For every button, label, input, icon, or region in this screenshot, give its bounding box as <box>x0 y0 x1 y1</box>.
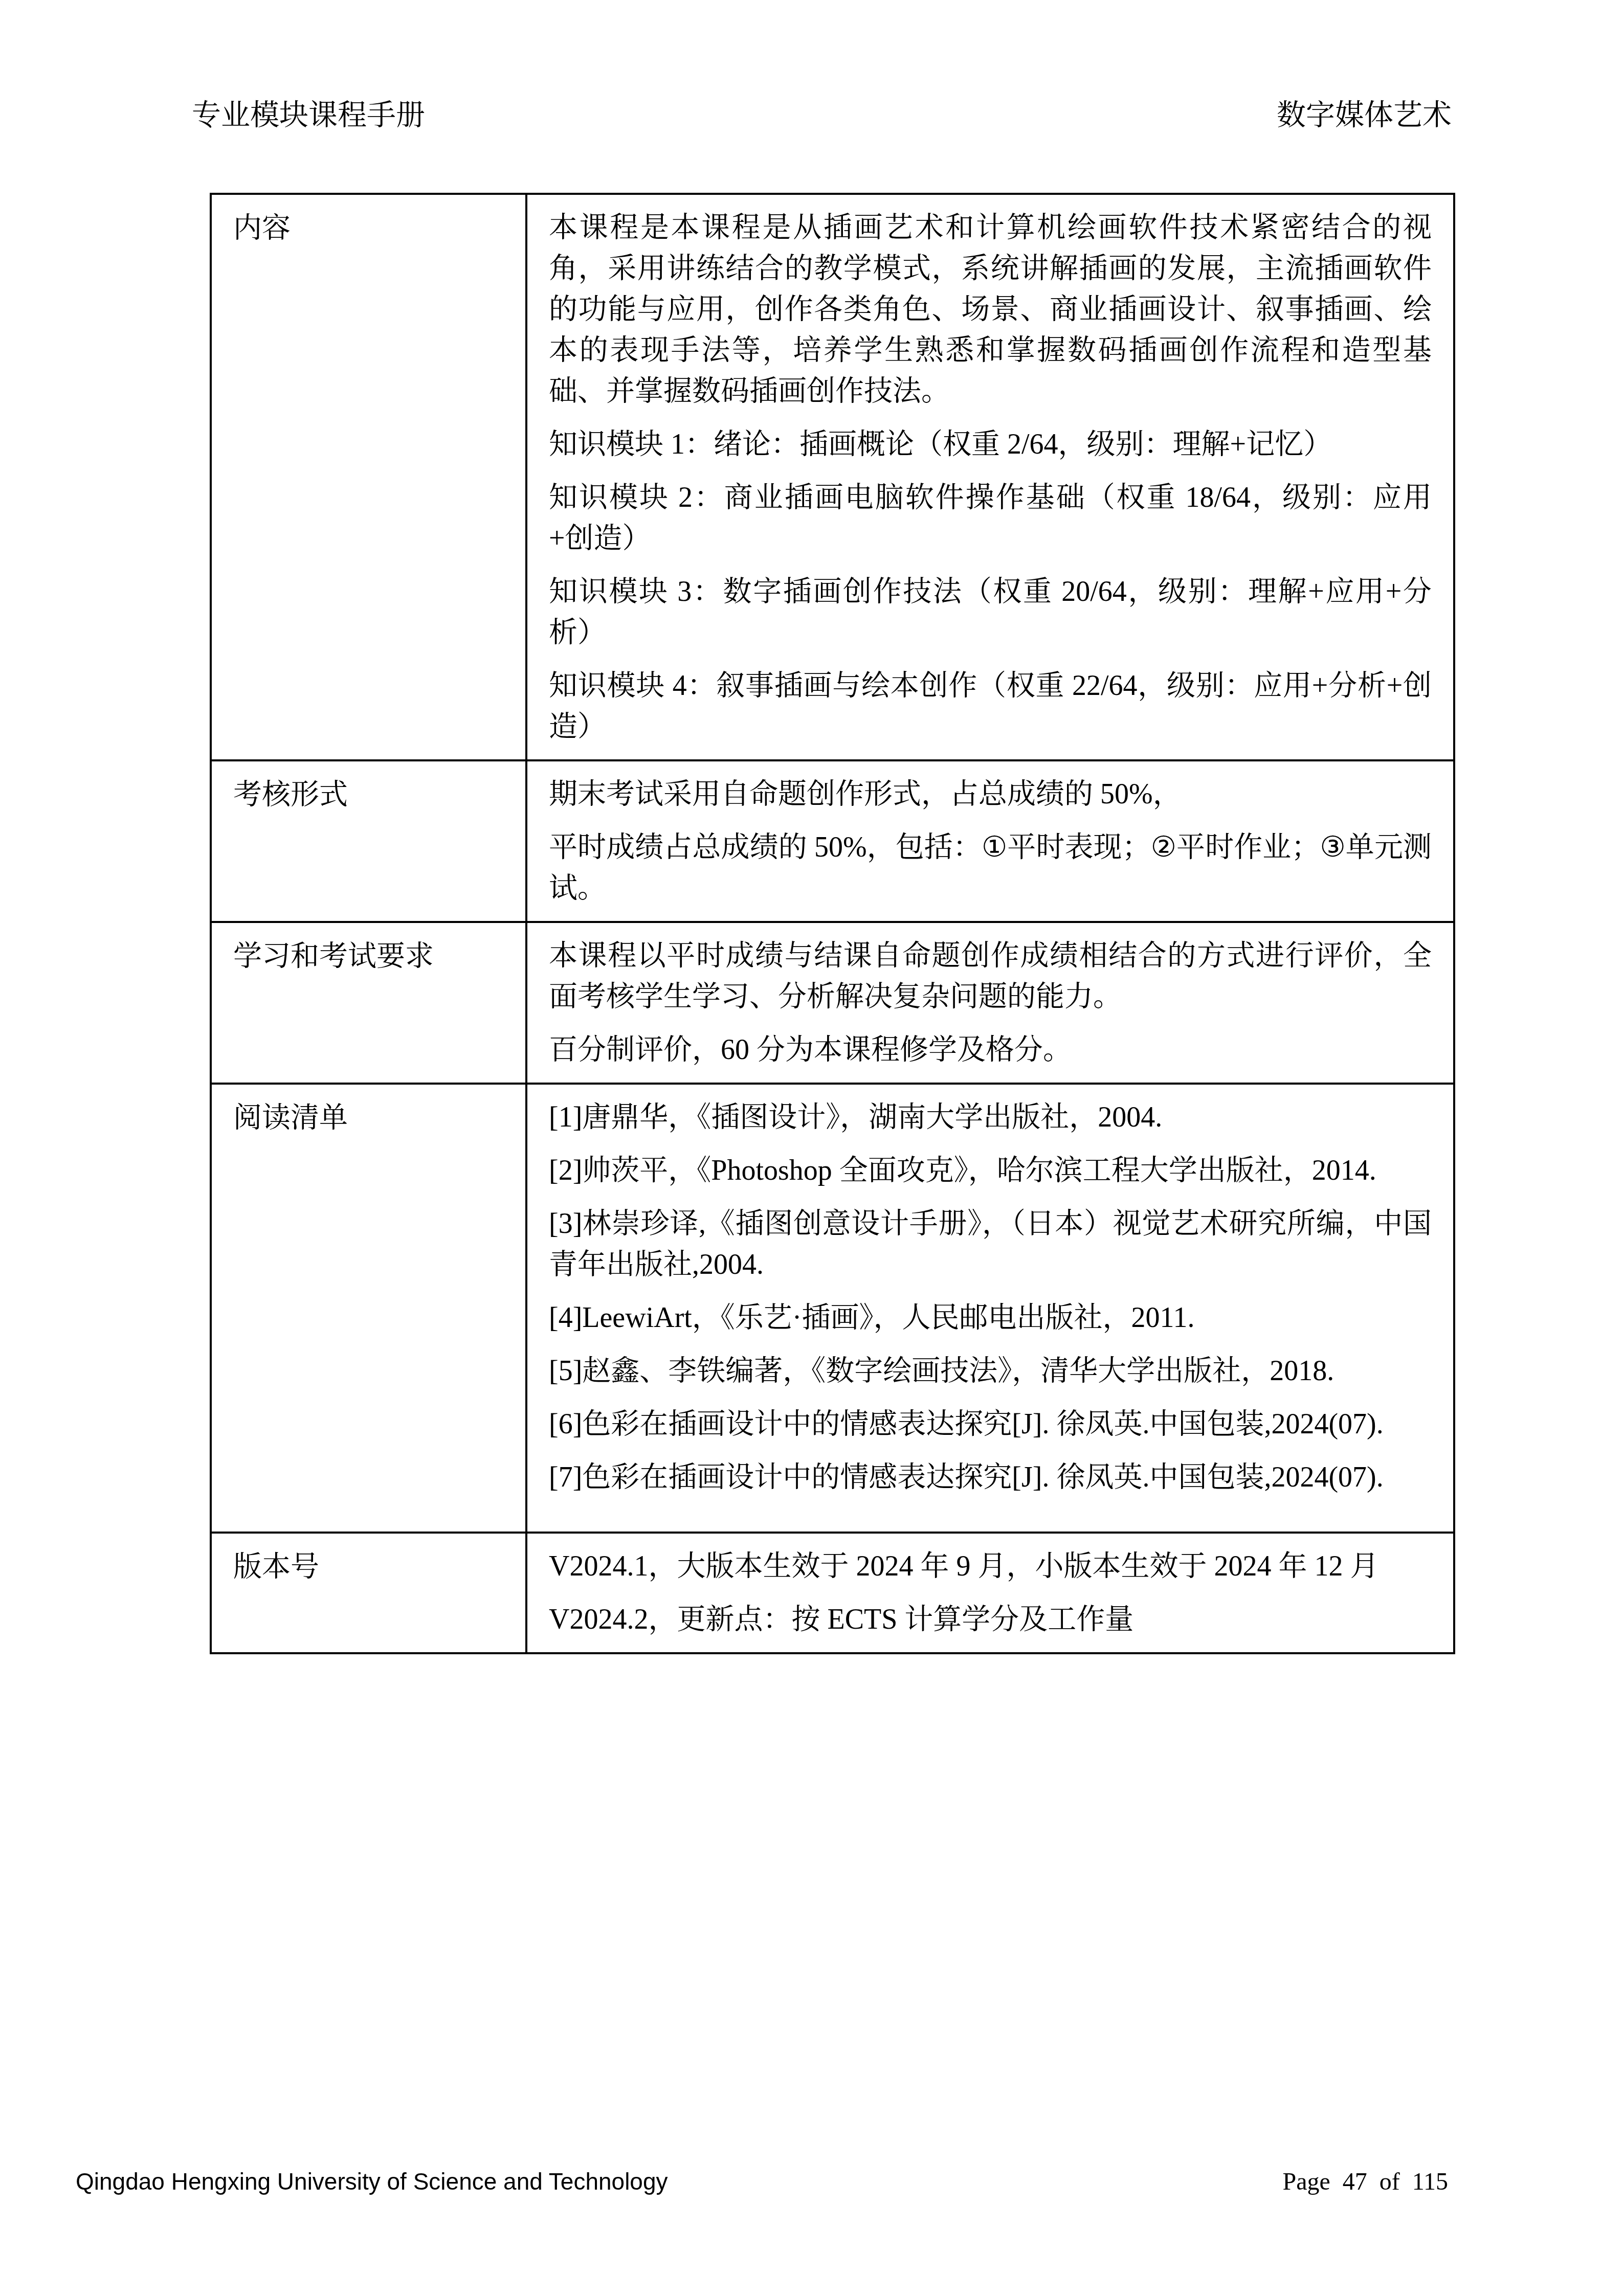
table-row: 学习和考试要求本课程以平时成绩与结课自命题创作成绩相结合的方式进行评价，全面考核… <box>211 922 1454 1084</box>
paragraph: [6]色彩在插画设计中的情感表达探究[J]. 徐凤英.中国包装,2024(07)… <box>549 1404 1432 1445</box>
header-document-title: 专业模块课程手册 <box>192 97 425 133</box>
paragraph: 知识模块 2：商业插画电脑软件操作基础（权重 18/64，级别：应用+创造） <box>549 477 1432 559</box>
paragraph: 平时成绩占总成绩的 50%，包括：①平时表现；②平时作业；③单元测试。 <box>549 827 1432 909</box>
paragraph: 知识模块 4：叙事插画与绘本创作（权重 22/64，级别：应用+分析+创造） <box>549 665 1432 747</box>
footer-page-number: Page 47 of 115 <box>1282 2167 1448 2197</box>
footer-university-name: Qingdao Hengxing University of Science a… <box>76 2168 668 2196</box>
row-content: V2024.1，大版本生效于 2024 年 9 月，小版本生效于 2024 年 … <box>526 1533 1454 1653</box>
paragraph: 知识模块 3：数字插画创作技法（权重 20/64，级别：理解+应用+分析） <box>549 571 1432 653</box>
row-content: 期末考试采用自命题创作形式，占总成绩的 50%，平时成绩占总成绩的 50%，包括… <box>526 760 1454 922</box>
row-label: 内容 <box>211 194 526 760</box>
row-label: 考核形式 <box>211 760 526 922</box>
table-row: 版本号V2024.1，大版本生效于 2024 年 9 月，小版本生效于 2024… <box>211 1533 1454 1653</box>
paragraph: [4]LeewiArt，《乐艺·插画》，人民邮电出版社，2011. <box>549 1297 1432 1338</box>
paragraph: [3]林崇珍译,《插图创意设计手册》，（日本）视觉艺术研究所编，中国青年出版社,… <box>549 1203 1432 1285</box>
table-row: 阅读清单[1]唐鼎华，《插图设计》，湖南大学出版社，2004.[2]帅茨平，《P… <box>211 1084 1454 1533</box>
paragraph: 期末考试采用自命题创作形式，占总成绩的 50%， <box>549 774 1432 815</box>
paragraph: V2024.2，更新点：按 ECTS 计算学分及工作量 <box>549 1599 1432 1640</box>
course-info-table-body: 内容本课程是本课程是从插画艺术和计算机绘画软件技术紧密结合的视角，采用讲练结合的… <box>211 194 1454 1653</box>
row-content: 本课程以平时成绩与结课自命题创作成绩相结合的方式进行评价，全面考核学生学习、分析… <box>526 922 1454 1084</box>
table-row: 考核形式期末考试采用自命题创作形式，占总成绩的 50%，平时成绩占总成绩的 50… <box>211 760 1454 922</box>
paragraph: V2024.1，大版本生效于 2024 年 9 月，小版本生效于 2024 年 … <box>549 1546 1432 1587</box>
row-label: 学习和考试要求 <box>211 922 526 1084</box>
row-label: 版本号 <box>211 1533 526 1653</box>
page-header: 专业模块课程手册 数字媒体艺术 <box>192 97 1452 133</box>
course-info-table: 内容本课程是本课程是从插画艺术和计算机绘画软件技术紧密结合的视角，采用讲练结合的… <box>210 193 1455 1654</box>
paragraph: [5]赵鑫、李铁编著，《数字绘画技法》，清华大学出版社，2018. <box>549 1350 1432 1391</box>
row-content: 本课程是本课程是从插画艺术和计算机绘画软件技术紧密结合的视角，采用讲练结合的教学… <box>526 194 1454 760</box>
paragraph: 本课程是本课程是从插画艺术和计算机绘画软件技术紧密结合的视角，采用讲练结合的教学… <box>549 207 1432 412</box>
paragraph: [7]色彩在插画设计中的情感表达探究[J]. 徐凤英.中国包装,2024(07)… <box>549 1457 1432 1498</box>
paragraph: [2]帅茨平，《Photoshop 全面攻克》，哈尔滨工程大学出版社，2014. <box>549 1150 1432 1191</box>
document-page: { "header": { "left": "专业模块课程手册", "right… <box>0 0 1624 2296</box>
paragraph: 知识模块 1：绪论：插画概论（权重 2/64，级别：理解+记忆） <box>549 424 1432 465</box>
header-program-name: 数字媒体艺术 <box>1277 97 1452 133</box>
row-label: 阅读清单 <box>211 1084 526 1533</box>
table-row: 内容本课程是本课程是从插画艺术和计算机绘画软件技术紧密结合的视角，采用讲练结合的… <box>211 194 1454 760</box>
paragraph: [1]唐鼎华，《插图设计》，湖南大学出版社，2004. <box>549 1097 1432 1138</box>
paragraph: 本课程以平时成绩与结课自命题创作成绩相结合的方式进行评价，全面考核学生学习、分析… <box>549 935 1432 1017</box>
paragraph: 百分制评价，60 分为本课程修学及格分。 <box>549 1029 1432 1070</box>
row-content: [1]唐鼎华，《插图设计》，湖南大学出版社，2004.[2]帅茨平，《Photo… <box>526 1084 1454 1533</box>
page-footer: Qingdao Hengxing University of Science a… <box>76 2167 1448 2197</box>
